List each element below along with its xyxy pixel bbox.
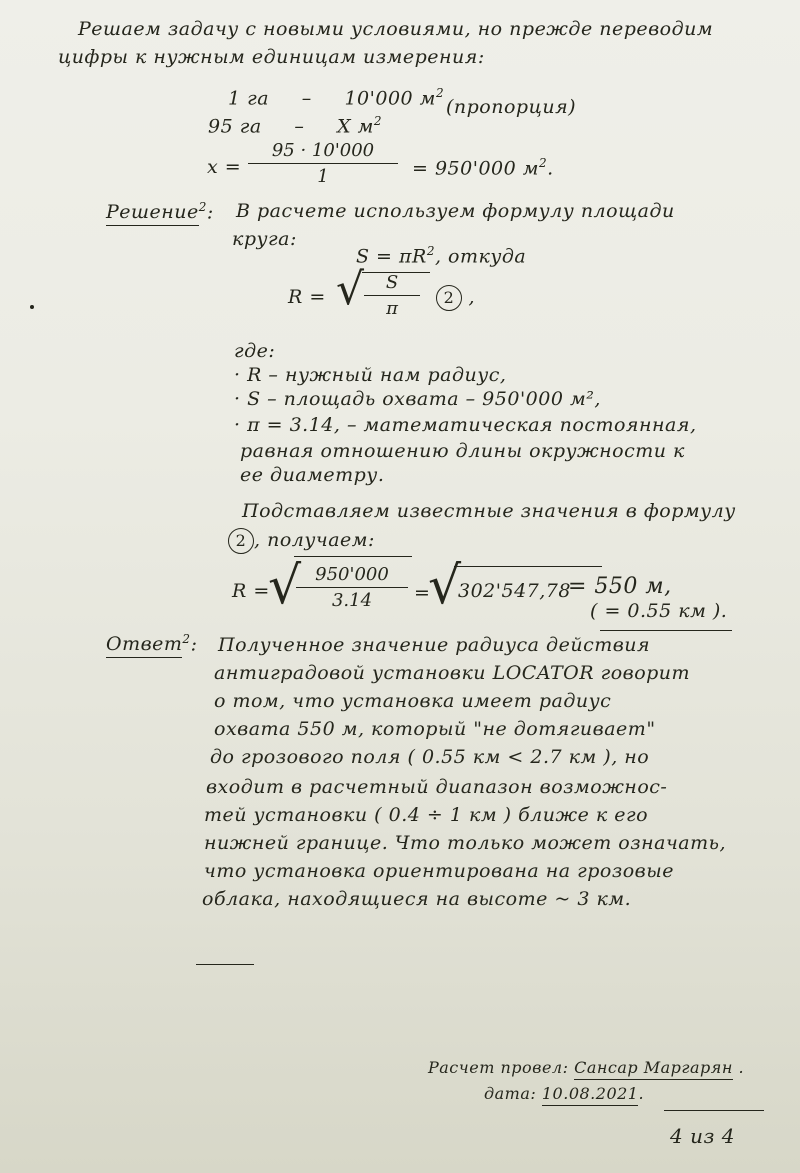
substitute-fraction: 950'000 3.14 [296, 564, 408, 611]
area-formula-tail: , откуда [435, 245, 526, 267]
substitute-inner-value: 302'547,78 [458, 580, 571, 602]
formula-reference: 2 , [436, 285, 475, 311]
substitute-line-2-text: , получаем: [254, 529, 375, 551]
date-end: . [638, 1084, 644, 1103]
proportion-row-1-left: 1 га [228, 87, 269, 109]
answer-line: о том, что установка имеет радиус [214, 690, 611, 712]
x-calc-denominator: 1 [248, 166, 398, 187]
area-formula: S = πR2, откуда [356, 244, 526, 267]
fraction-bar [364, 295, 420, 296]
radius-formula-lhs: R = [288, 286, 326, 308]
radius-formula-denominator: π [364, 298, 420, 319]
proportion-note: (пропорция) [446, 96, 576, 118]
checked-by-label: Расчет провел: [428, 1058, 568, 1077]
proportion-row-1-sup: 2 [436, 86, 444, 100]
sqrt-symbol: √ [428, 560, 461, 612]
radius-formula-fraction: S π [364, 272, 420, 319]
proportion-row-2-sup: 2 [374, 114, 382, 128]
answer-line: Полученное значение радиуса действия [218, 634, 650, 656]
date-value: 10.08.2021 [542, 1084, 639, 1106]
where-item: · π = 3.14, – математическая постоянная, [234, 414, 697, 436]
substitute-result-km: ( = 0.55 км ). [590, 600, 727, 622]
answer-line: входит в расчетный диапазон возможнос- [206, 776, 667, 798]
area-formula-text: S = πR [356, 245, 427, 267]
formula-number-circle: 2 [228, 528, 254, 554]
where-heading: где: [234, 340, 275, 362]
x-calc-result-sup: 2 [539, 156, 547, 170]
fraction-bar [296, 587, 408, 588]
answer-line: нижней границе. Что только может означат… [204, 832, 726, 854]
where-item: · S – площадь охвата – 950'000 м², [234, 388, 601, 410]
solution-label: Решение2: [106, 200, 214, 223]
proportion-row-1: 1 га – 10'000 м2 [228, 86, 444, 109]
answer-line: что установка ориентирована на грозовые [204, 860, 674, 882]
solution-line-2: круга: [232, 228, 297, 250]
substitute-numerator: 950'000 [296, 564, 408, 585]
date-label: дата: [484, 1084, 536, 1103]
where-item: равная отношению длины окружности к [240, 440, 685, 462]
x-calc-fraction: 95 · 10'000 1 [248, 140, 398, 187]
sqrt-vinculum [294, 556, 412, 557]
sqrt-vinculum [454, 566, 602, 567]
x-calc-numerator: 95 · 10'000 [248, 140, 398, 161]
ink-speck [30, 305, 34, 309]
substitute-line-1: Подставляем известные значения в формулу [242, 500, 736, 522]
substitute-result: = 550 м, [568, 574, 672, 599]
solution-label-sup: 2 [199, 200, 207, 214]
x-calc-lhs: x = [207, 156, 241, 178]
area-formula-sup: 2 [427, 244, 435, 258]
where-item: · R – нужный нам радиус, [234, 364, 506, 386]
formula-number-circle: 2 [436, 285, 462, 311]
radius-formula-numerator: S [364, 272, 420, 293]
proportion-row-2-dash: – [294, 115, 304, 137]
checked-by: Расчет провел: Сансар Маргарян . [428, 1058, 744, 1077]
sqrt-symbol: √ [336, 268, 364, 312]
where-item: ее диаметру. [240, 464, 384, 486]
answer-label-sup: 2 [182, 632, 190, 646]
answer-line: облака, находящиеся на высоте ~ 3 км. [202, 888, 631, 910]
handwritten-page: Решаем задачу с новыми условиями, но пре… [0, 0, 800, 1173]
page-number-rule [664, 1110, 764, 1111]
fraction-bar [248, 163, 398, 164]
intro-line-1: Решаем задачу с новыми условиями, но пре… [78, 18, 713, 40]
answer-label: Ответ2: [106, 632, 197, 655]
result-underline [600, 630, 732, 631]
proportion-row-1-right: 10'000 м [344, 87, 435, 109]
intro-line-2: цифры к нужным единицам измерения: [58, 46, 485, 68]
substitute-r-lhs: R = [232, 580, 270, 602]
proportion-row-1-dash: – [302, 87, 312, 109]
answer-line: охвата 550 м, который "не дотягивает" [214, 718, 656, 740]
proportion-row-2-left: 95 га [208, 115, 262, 137]
proportion-row-2: 95 га – X м2 [208, 114, 382, 137]
solution-line-1: В расчете используем формулу площади [236, 200, 675, 222]
answer-line: до грозового поля ( 0.55 км < 2.7 км ), … [210, 746, 649, 768]
page-indicator: 4 из 4 [670, 1124, 735, 1148]
solution-label-colon: : [207, 201, 214, 223]
radius-formula-tail: , [469, 286, 476, 308]
answer-line: антиградовой установки LOCATOR говорит [214, 662, 690, 684]
answer-label-colon: : [191, 633, 198, 655]
x-calc-result-value: = 950'000 м [412, 157, 539, 179]
proportion-row-2-right: X м [337, 115, 374, 137]
x-calc-result: = 950'000 м2. [412, 156, 554, 179]
date-line: дата: 10.08.2021. [484, 1084, 644, 1103]
answer-label-text: Ответ [106, 633, 182, 658]
solution-label-text: Решение [106, 201, 199, 226]
checked-by-name: Сансар Маргарян [574, 1058, 733, 1080]
end-dash-mark [196, 964, 254, 965]
substitute-denominator: 3.14 [296, 590, 408, 611]
checked-by-end: . [738, 1058, 744, 1077]
substitute-line-2: 2, получаем: [228, 528, 375, 554]
answer-line: тей установки ( 0.4 ÷ 1 км ) ближе к его [204, 804, 648, 826]
x-calc-result-end: . [547, 157, 554, 179]
